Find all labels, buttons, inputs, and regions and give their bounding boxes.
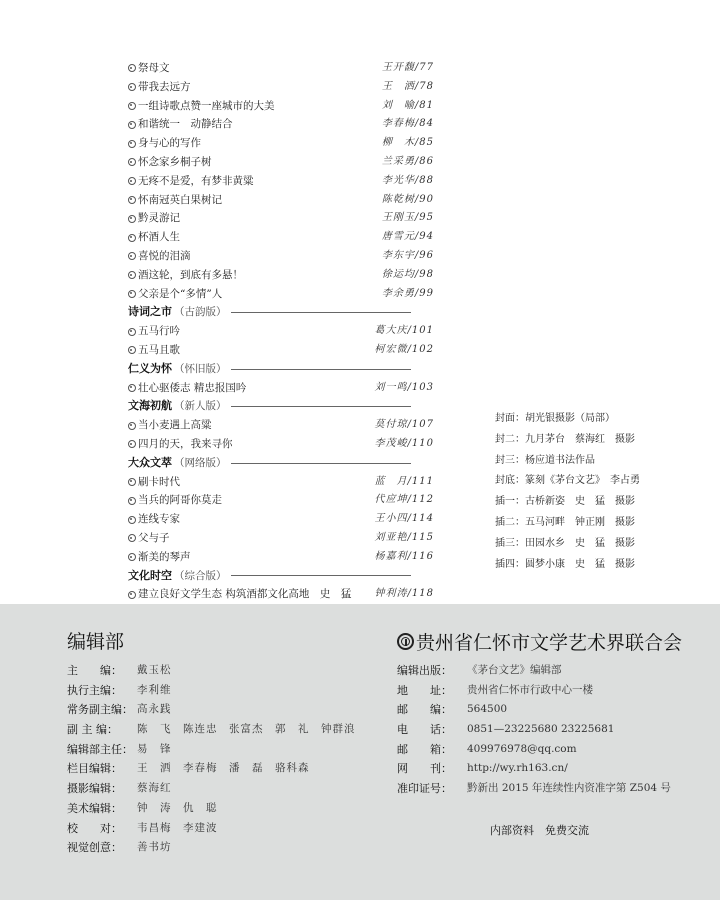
entry-title: 和谐统一 动静结合 bbox=[138, 115, 233, 134]
field-value: 王 洒 李春梅 潘 磊 骆科森 bbox=[137, 759, 310, 779]
entry-title: 酒这轮，到底有多悬！ bbox=[138, 266, 243, 285]
bullet-icon bbox=[128, 215, 136, 223]
field-value: 钟 涛 仇 聪 bbox=[137, 799, 218, 819]
staff-row: 美术编辑：钟 涛 仇 聪 bbox=[67, 799, 356, 819]
bullet-icon bbox=[128, 328, 136, 336]
entry-author: 王 洒 bbox=[382, 81, 415, 92]
section-divider bbox=[231, 575, 411, 576]
toc-section-header: 文化时空（综合版） bbox=[128, 567, 434, 586]
entry-title: 连线专家 bbox=[138, 510, 180, 529]
entry-title: 父亲是个“多情”人 bbox=[138, 285, 222, 304]
toc-entry[interactable]: 五马且歌柯宏微/102 bbox=[128, 341, 434, 360]
toc-entry[interactable]: 建立良好文学生态 构筑酒都文化高地 史 猛钟利涛/118 bbox=[128, 585, 434, 604]
field-label: 地 址： bbox=[397, 681, 467, 701]
section-subtitle: （网络版） bbox=[174, 454, 227, 473]
entry-author: 王刚玉 bbox=[382, 212, 415, 223]
credit-line: 插三：田园水乡 史 猛 摄影 bbox=[495, 534, 640, 555]
section-divider bbox=[231, 369, 411, 370]
publication-info-list: 编辑出版：《茅台文艺》编辑部地 址：贵州省仁怀市行政中心一楼邮 编：564500… bbox=[397, 661, 671, 799]
toc-entry[interactable]: 怀念家乡桐子树兰采勇/86 bbox=[128, 153, 434, 172]
bullet-icon bbox=[128, 290, 136, 298]
entry-page: /115 bbox=[408, 532, 434, 543]
bullet-icon bbox=[128, 102, 136, 110]
bullet-icon bbox=[128, 271, 136, 279]
entry-author: 王小四 bbox=[375, 513, 408, 524]
entry-author: 李东宇 bbox=[382, 250, 415, 261]
entry-author: 刘 喻 bbox=[382, 100, 415, 111]
entry-title: 怀念家乡桐子树 bbox=[138, 153, 212, 172]
field-value: 韦昌梅 李建波 bbox=[137, 819, 218, 839]
bullet-icon bbox=[128, 196, 136, 204]
field-value: 戴玉松 bbox=[137, 661, 172, 681]
entry-author: 唐雪元 bbox=[382, 231, 415, 242]
staff-row: 常务副主编：高永践 bbox=[67, 700, 356, 720]
section-subtitle: （综合版） bbox=[174, 567, 227, 586]
field-value: 高永践 bbox=[137, 700, 172, 720]
staff-row: 执行主编：李利维 bbox=[67, 681, 356, 701]
bullet-icon bbox=[128, 177, 136, 185]
field-label: 副 主 编： bbox=[67, 720, 137, 740]
bullet-icon bbox=[128, 234, 136, 242]
bullet-icon bbox=[128, 553, 136, 561]
entry-author: 代应坤 bbox=[375, 494, 408, 505]
entry-page: /81 bbox=[415, 100, 434, 111]
toc-entry[interactable]: 父与子刘亚艳/115 bbox=[128, 529, 434, 548]
entry-page: /85 bbox=[415, 137, 434, 148]
section-name: 文化时空 bbox=[128, 567, 172, 586]
entry-author: 蓝 月 bbox=[375, 476, 408, 487]
bullet-icon bbox=[128, 140, 136, 148]
bullet-icon bbox=[128, 252, 136, 260]
entry-page: /98 bbox=[415, 269, 434, 280]
entry-page: /107 bbox=[408, 419, 434, 430]
info-row: 邮 编：564500 bbox=[397, 700, 671, 720]
staff-row: 栏目编辑：王 洒 李春梅 潘 磊 骆科森 bbox=[67, 759, 356, 779]
credit-line: 封二：九月茅台 蔡海红 摄影 bbox=[495, 430, 640, 451]
field-value: 善书坊 bbox=[137, 838, 172, 858]
toc-section-header: 大众文萃（网络版） bbox=[128, 454, 434, 473]
entry-author: 刘一鸣 bbox=[375, 382, 408, 393]
entry-page: /114 bbox=[408, 513, 434, 524]
bullet-icon bbox=[128, 121, 136, 129]
entry-page: /86 bbox=[415, 156, 434, 167]
field-label: 视觉创意： bbox=[67, 838, 137, 858]
entry-page: /84 bbox=[415, 118, 434, 129]
bullet-icon bbox=[128, 384, 136, 392]
staff-row: 视觉创意：善书坊 bbox=[67, 838, 356, 858]
bullet-icon bbox=[128, 478, 136, 486]
toc-entry[interactable]: 父亲是个“多情”人李余勇/99 bbox=[128, 285, 434, 304]
entry-title: 无疼不是爱，有梦非黄粱 bbox=[138, 172, 254, 191]
section-subtitle: （古韵版） bbox=[174, 303, 227, 322]
entry-page: /116 bbox=[408, 551, 434, 562]
toc-entry[interactable]: 渐美的琴声杨嘉利/116 bbox=[128, 548, 434, 567]
field-label: 网 刊： bbox=[397, 759, 467, 779]
toc-entry[interactable]: 杯酒人生唐雪元/94 bbox=[128, 228, 434, 247]
info-row: 地 址：贵州省仁怀市行政中心一楼 bbox=[397, 681, 671, 701]
entry-title: 壮心驱倭志 精忠报国吟 bbox=[138, 379, 246, 398]
bullet-icon bbox=[128, 591, 136, 599]
entry-page: /95 bbox=[415, 212, 434, 223]
entry-author: 莫付琼 bbox=[375, 419, 408, 430]
field-label: 邮 编： bbox=[397, 700, 467, 720]
entry-author: 柯宏微 bbox=[375, 344, 408, 355]
field-value: 564500 bbox=[467, 700, 507, 720]
field-label: 编辑出版： bbox=[397, 661, 467, 681]
entry-author: 葛大庆 bbox=[375, 325, 408, 336]
entry-title: 父与子 bbox=[138, 529, 170, 548]
entry-author: 李春梅 bbox=[382, 118, 415, 129]
field-label: 摄影编辑： bbox=[67, 779, 137, 799]
entry-author: 钟利涛 bbox=[375, 588, 408, 599]
field-label: 电 话： bbox=[397, 720, 467, 740]
section-name: 大众文萃 bbox=[128, 454, 172, 473]
field-value: 易 锋 bbox=[137, 740, 172, 760]
entry-author: 王开馥 bbox=[382, 62, 415, 73]
field-label: 编辑部主任： bbox=[67, 740, 137, 760]
info-row: 邮 箱：409976978@qq.com bbox=[397, 740, 671, 760]
entry-author: 李茂峻 bbox=[375, 438, 408, 449]
toc-entry[interactable]: 四月的天，我来寻你李茂峻/110 bbox=[128, 435, 434, 454]
toc-entry[interactable]: 怀南冠英白果树记陈乾树/90 bbox=[128, 191, 434, 210]
credit-line: 封面：胡光银摄影（局部） bbox=[495, 409, 640, 430]
entry-title: 当兵的阿哥你莫走 bbox=[138, 491, 222, 510]
entry-author: 李余勇 bbox=[382, 288, 415, 299]
entry-title: 五马行吟 bbox=[138, 322, 180, 341]
field-value: 李利维 bbox=[137, 681, 172, 701]
entry-page: /96 bbox=[415, 250, 434, 261]
entry-title: 黔灵游记 bbox=[138, 209, 180, 228]
credit-line: 插二：五马河畔 钟正刚 摄影 bbox=[495, 513, 640, 534]
entry-page: /102 bbox=[408, 344, 434, 355]
distribution-note: 内部资料 免费交流 bbox=[490, 822, 589, 838]
toc-entry[interactable]: 连线专家王小四/114 bbox=[128, 510, 434, 529]
bullet-icon bbox=[128, 516, 136, 524]
toc-entry[interactable]: 祭母文王开馥/77 bbox=[128, 59, 434, 78]
toc-entry[interactable]: 喜悦的泪滴李东宇/96 bbox=[128, 247, 434, 266]
federation-logo-icon bbox=[397, 633, 414, 650]
entry-page: /103 bbox=[408, 382, 434, 393]
entry-page: /99 bbox=[415, 288, 434, 299]
staff-row: 摄影编辑：蔡海红 bbox=[67, 779, 356, 799]
section-divider bbox=[231, 463, 411, 464]
toc-entry[interactable]: 酒这轮，到底有多悬！徐运均/98 bbox=[128, 266, 434, 285]
entry-title: 喜悦的泪滴 bbox=[138, 247, 191, 266]
entry-author: 徐运均 bbox=[382, 269, 415, 280]
field-value: http://wy.rh163.cn/ bbox=[467, 759, 568, 779]
credit-line: 封底：篆刻《茅台文艺》 李占勇 bbox=[495, 471, 640, 492]
toc-entry[interactable]: 五马行吟葛大庆/101 bbox=[128, 322, 434, 341]
entry-page: /101 bbox=[408, 325, 434, 336]
staff-row: 编辑部主任：易 锋 bbox=[67, 740, 356, 760]
section-divider bbox=[231, 406, 411, 407]
entry-title: 建立良好文学生态 构筑酒都文化高地 史 猛 bbox=[138, 585, 351, 604]
organization-name: 贵州省仁怀市文学艺术界联合会 bbox=[416, 628, 682, 655]
section-name: 文海初航 bbox=[128, 397, 172, 416]
toc-entry[interactable]: 壮心驱倭志 精忠报国吟刘一鸣/103 bbox=[128, 379, 434, 398]
toc-entry[interactable]: 身与心的写作柳 木/85 bbox=[128, 134, 434, 153]
entry-page: /94 bbox=[415, 231, 434, 242]
entry-page: /88 bbox=[415, 175, 434, 186]
credit-line: 封三：杨应道书法作品 bbox=[495, 451, 640, 472]
toc-section-header: 文海初航（新人版） bbox=[128, 397, 434, 416]
toc-entry[interactable]: 黔灵游记王刚玉/95 bbox=[128, 209, 434, 228]
toc-entry[interactable]: 带我去远方王 洒/78 bbox=[128, 78, 434, 97]
info-row: 电 话：0851—23225680 23225681 bbox=[397, 720, 671, 740]
field-label: 准印证号： bbox=[397, 779, 467, 799]
field-label: 栏目编辑： bbox=[67, 759, 137, 779]
entry-author: 陈乾树 bbox=[382, 194, 415, 205]
staff-row: 主 编：戴玉松 bbox=[67, 661, 356, 681]
field-value: 蔡海红 bbox=[137, 779, 172, 799]
toc-section-header: 仁义为怀（怀旧版） bbox=[128, 360, 434, 379]
entry-title: 带我去远方 bbox=[138, 78, 191, 97]
field-value: 0851—23225680 23225681 bbox=[467, 720, 614, 740]
info-row: 编辑出版：《茅台文艺》编辑部 bbox=[397, 661, 671, 681]
entry-title: 五马且歌 bbox=[138, 341, 180, 360]
entry-page: /78 bbox=[415, 81, 434, 92]
field-value: 贵州省仁怀市行政中心一楼 bbox=[467, 681, 593, 701]
bullet-icon bbox=[128, 497, 136, 505]
bullet-icon bbox=[128, 440, 136, 448]
section-name: 仁义为怀 bbox=[128, 360, 172, 379]
toc-entry[interactable]: 刷卡时代蓝 月/111 bbox=[128, 473, 434, 492]
entry-page: /111 bbox=[408, 476, 434, 487]
editorial-staff-list: 主 编：戴玉松执行主编：李利维常务副主编：高永践副 主 编：陈 飞 陈连忠 张富… bbox=[67, 661, 356, 858]
field-value: 陈 飞 陈连忠 张富杰 郭 礼 钟群浪 bbox=[137, 720, 356, 740]
entry-title: 四月的天，我来寻你 bbox=[138, 435, 233, 454]
info-row: 准印证号：黔新出 2015 年连续性内资准字第 Z504 号 bbox=[397, 779, 671, 799]
field-label: 主 编： bbox=[67, 661, 137, 681]
bullet-icon bbox=[128, 422, 136, 430]
entry-title: 怀南冠英白果树记 bbox=[138, 191, 222, 210]
toc-entry[interactable]: 和谐统一 动静结合李春梅/84 bbox=[128, 115, 434, 134]
entry-title: 当小麦遇上高粱 bbox=[138, 416, 212, 435]
toc-entry[interactable]: 无疼不是爱，有梦非黄粱李光华/88 bbox=[128, 172, 434, 191]
entry-title: 祭母文 bbox=[138, 59, 170, 78]
field-value: 黔新出 2015 年连续性内资准字第 Z504 号 bbox=[467, 779, 671, 799]
field-label: 校 对： bbox=[67, 819, 137, 839]
section-divider bbox=[231, 312, 411, 313]
entry-title: 刷卡时代 bbox=[138, 473, 180, 492]
entry-author: 李光华 bbox=[382, 175, 415, 186]
entry-page: /77 bbox=[415, 62, 434, 73]
bullet-icon bbox=[128, 346, 136, 354]
credit-line: 插四：圆梦小康 史 猛 摄影 bbox=[495, 555, 640, 576]
info-row: 网 刊：http://wy.rh163.cn/ bbox=[397, 759, 671, 779]
organization-title: 贵州省仁怀市文学艺术界联合会 bbox=[397, 628, 682, 655]
editorial-title: 编辑部 bbox=[67, 627, 124, 654]
toc-section-header: 诗词之市（古韵版） bbox=[128, 303, 434, 322]
entry-title: 杯酒人生 bbox=[138, 228, 180, 247]
entry-page: /112 bbox=[408, 494, 434, 505]
entry-title: 渐美的琴声 bbox=[138, 548, 191, 567]
toc-entry[interactable]: 当小麦遇上高粱莫付琼/107 bbox=[128, 416, 434, 435]
bullet-icon bbox=[128, 534, 136, 542]
entry-author: 杨嘉利 bbox=[375, 551, 408, 562]
entry-author: 柳 木 bbox=[382, 137, 415, 148]
section-name: 诗词之市 bbox=[128, 303, 172, 322]
credit-line: 插一：古桥新姿 史 猛 摄影 bbox=[495, 492, 640, 513]
section-subtitle: （怀旧版） bbox=[174, 360, 227, 379]
field-value: 409976978@qq.com bbox=[467, 740, 577, 760]
entry-author: 刘亚艳 bbox=[375, 532, 408, 543]
field-label: 常务副主编： bbox=[67, 700, 137, 720]
entry-page: /118 bbox=[408, 588, 434, 599]
toc-entry[interactable]: 当兵的阿哥你莫走代应坤/112 bbox=[128, 491, 434, 510]
entry-title: 一组诗歌点赞一座城市的大美 bbox=[138, 97, 275, 116]
bullet-icon bbox=[128, 83, 136, 91]
entry-page: /90 bbox=[415, 194, 434, 205]
entry-title: 身与心的写作 bbox=[138, 134, 201, 153]
section-subtitle: （新人版） bbox=[174, 397, 227, 416]
bullet-icon bbox=[128, 64, 136, 72]
bullet-icon bbox=[128, 158, 136, 166]
field-label: 邮 箱： bbox=[397, 740, 467, 760]
entry-page: /110 bbox=[408, 438, 434, 449]
toc-entry[interactable]: 一组诗歌点赞一座城市的大美刘 喻/81 bbox=[128, 97, 434, 116]
cover-credits: 封面：胡光银摄影（局部）封二：九月茅台 蔡海红 摄影封三：杨应道书法作品封底：篆… bbox=[495, 409, 640, 575]
field-value: 《茅台文艺》编辑部 bbox=[467, 661, 562, 681]
field-label: 美术编辑： bbox=[67, 799, 137, 819]
staff-row: 副 主 编：陈 飞 陈连忠 张富杰 郭 礼 钟群浪 bbox=[67, 720, 356, 740]
staff-row: 校 对：韦昌梅 李建波 bbox=[67, 819, 356, 839]
entry-author: 兰采勇 bbox=[382, 156, 415, 167]
field-label: 执行主编： bbox=[67, 681, 137, 701]
table-of-contents: 祭母文王开馥/77带我去远方王 洒/78一组诗歌点赞一座城市的大美刘 喻/81和… bbox=[128, 59, 434, 604]
